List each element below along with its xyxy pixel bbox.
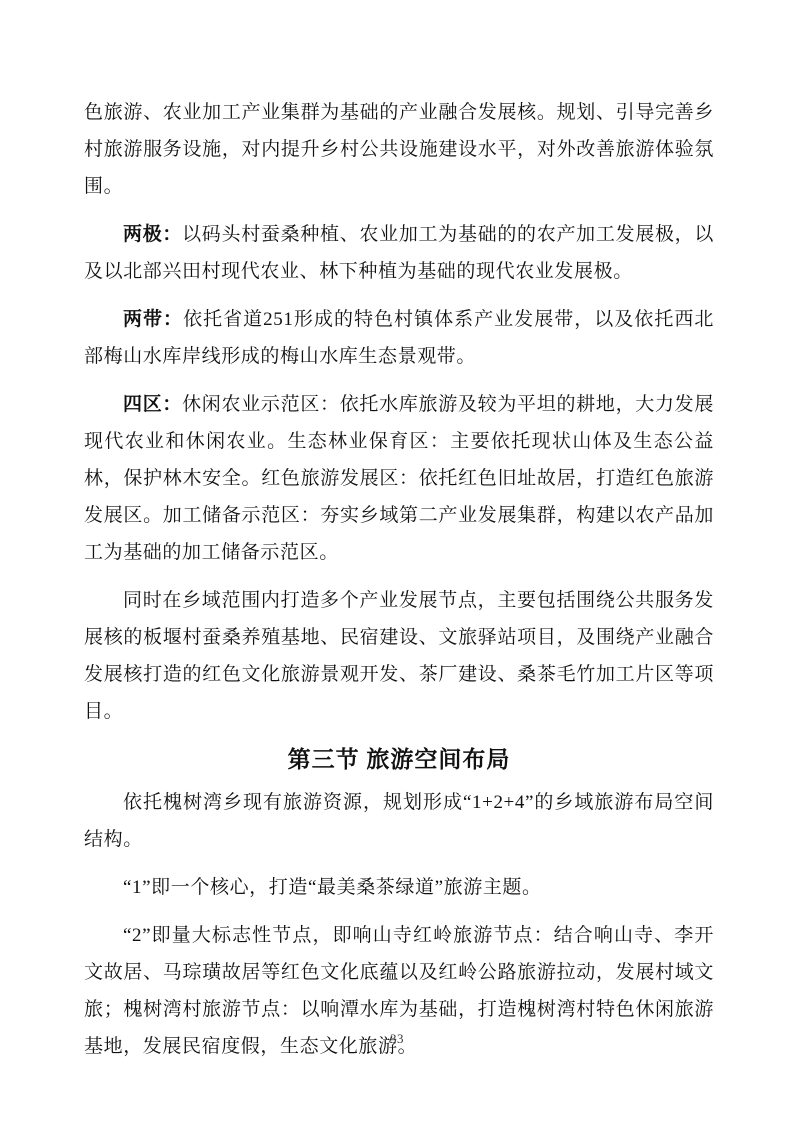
paragraph-label-four-zones: 四区：	[123, 394, 182, 415]
paragraph-two-belts: 两带：依托省道251形成的特色村镇体系产业发展带，以及依托西北部梅山水库岸线形成…	[84, 301, 714, 375]
document-body: 色旅游、农业加工产业集群为基础的产业融合发展核。规划、引导完善乡村旅游服务设施，…	[84, 94, 714, 1076]
paragraph-label-two-poles: 两极：	[123, 224, 182, 245]
section-heading: 第三节 旅游空间布局	[84, 741, 714, 779]
paragraph-four-zones: 四区：休闲农业示范区：依托水库旅游及较为平坦的耕地，大力发展现代农业和休闲农业。…	[84, 386, 714, 571]
page-number: 33	[0, 1031, 794, 1047]
document-page: 色旅游、农业加工产业集群为基础的产业融合发展核。规划、引导完善乡村旅游服务设施，…	[0, 0, 794, 1122]
paragraph-fusion-core-continuation: 色旅游、农业加工产业集群为基础的产业融合发展核。规划、引导完善乡村旅游服务设施，…	[84, 94, 714, 205]
paragraph-label-two-belts: 两带：	[123, 309, 183, 330]
paragraph-text: 休闲农业示范区：依托水库旅游及较为平坦的耕地，大力发展现代农业和休闲农业。生态林…	[84, 394, 714, 563]
paragraph-one-core: “1”即一个核心，打造“最美桑茶绿道”旅游主题。	[84, 869, 714, 906]
paragraph-tourism-structure: 依托槐树湾乡现有旅游资源，规划形成“1+2+4”的乡域旅游布局空间结构。	[84, 784, 714, 858]
paragraph-industry-nodes: 同时在乡域范围内打造多个产业发展节点，主要包括围绕公共服务发展核的板堰村蚕桑养殖…	[84, 582, 714, 730]
paragraph-two-poles: 两极：以码头村蚕桑种植、农业加工为基础的的农产加工发展极，以及以北部兴田村现代农…	[84, 216, 714, 290]
